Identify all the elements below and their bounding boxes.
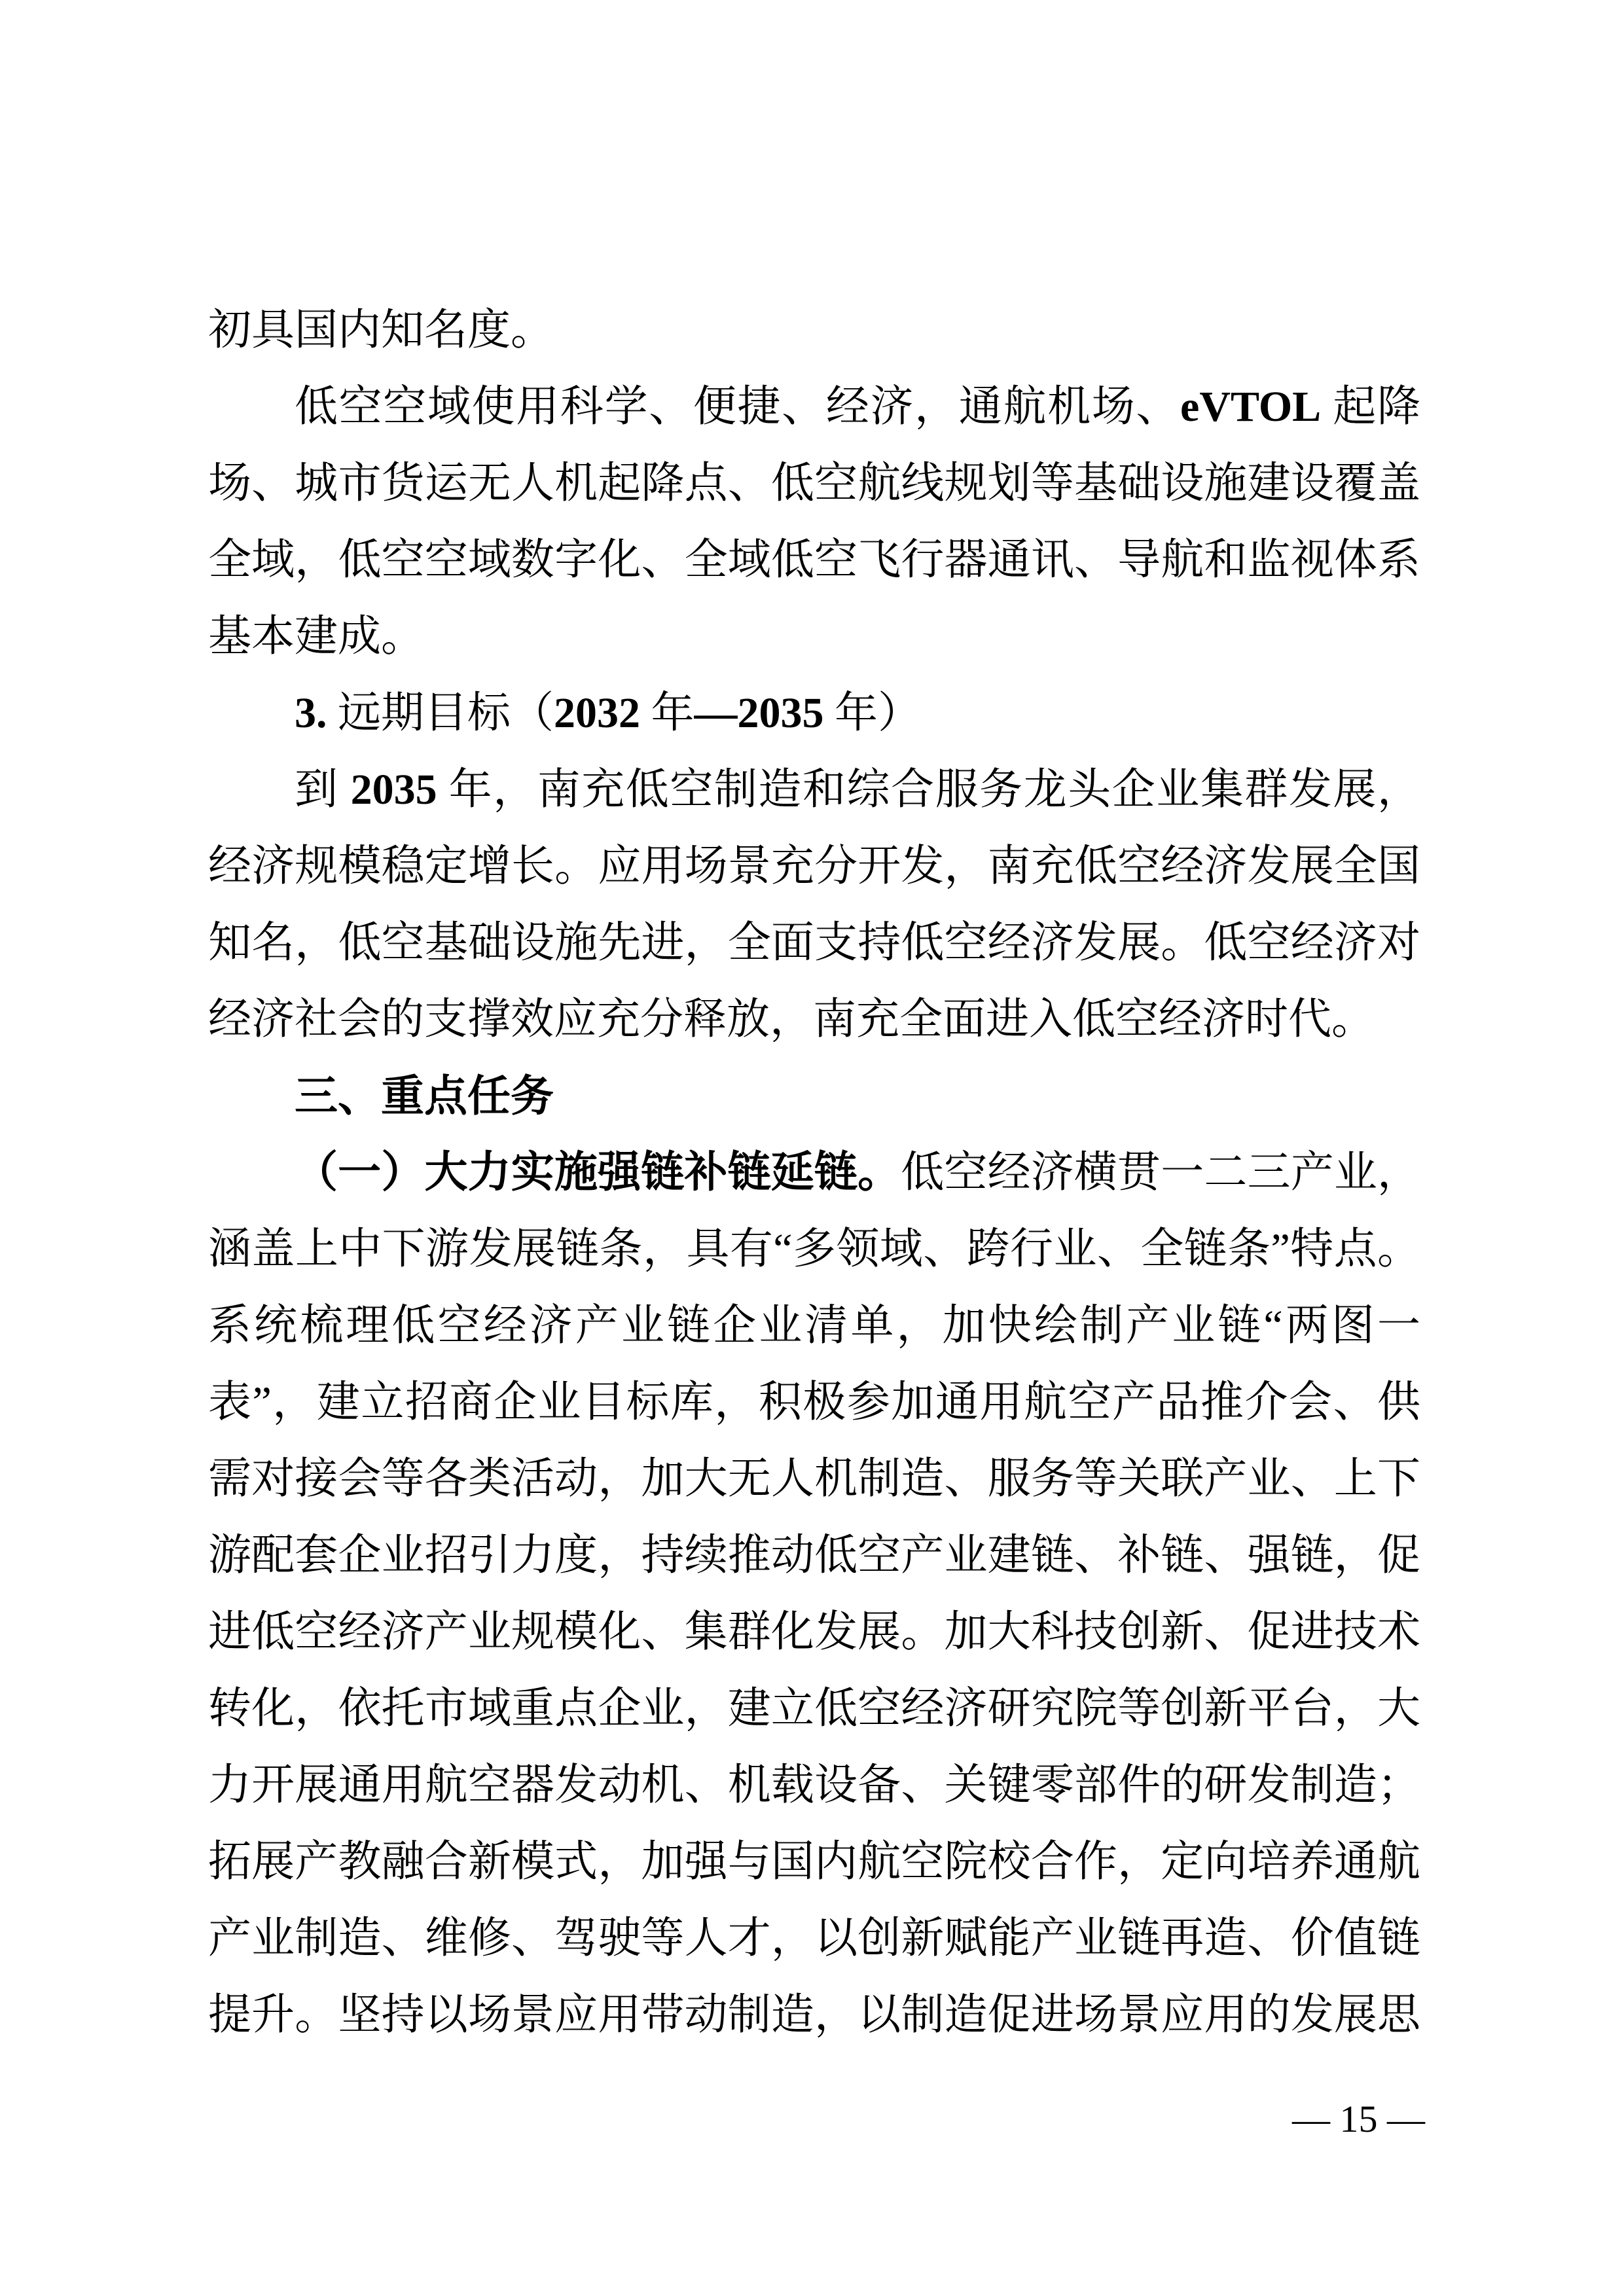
text-segment: 力开展通用航空器发动机、机载设备、关键零部件的研发制造；	[208, 1761, 1420, 1809]
text-line: 经济社会的支撑效应充分释放，南充全面进入低空经济时代。	[208, 981, 1420, 1058]
text-segment: 起降	[1321, 383, 1420, 431]
text-line: 涵盖上中下游发展链条，具有“多领域、跨行业、全链条”特点。	[208, 1211, 1420, 1287]
text-segment: 基本建成。	[208, 613, 424, 660]
text-line: 知名，低空基础设施先进，全面支持低空经济发展。低空经济对	[208, 905, 1420, 981]
text-segment-latin: 2035	[738, 689, 824, 737]
text-line: 拓展产教融合新模式，加强与国内航空院校合作，定向培养通航	[208, 1823, 1420, 1900]
section-heading: 三、重点任务	[208, 1058, 1420, 1134]
text-segment: 涵盖上中下游发展链条，具有“多领域、跨行业、全链条”特点。	[208, 1225, 1420, 1273]
text-line: 场、城市货运无人机起降点、低空航线规划等基础设施建设覆盖	[208, 445, 1420, 522]
text-segment: 低空空域使用科学、便捷、经济，通航机场、	[295, 383, 1180, 431]
text-segment: 表”，建立招商企业目标库，积极参加通用航空产品推介会、供	[208, 1378, 1420, 1426]
text-segment-latin: eVTOL	[1180, 383, 1321, 431]
text-segment: 游配套企业招引力度，持续推动低空产业建链、补链、强链，促	[208, 1532, 1420, 1579]
text-segment-latin: 3.	[295, 689, 338, 737]
text-line: 系统梳理低空经济产业链企业清单，加快绘制产业链“两图一	[208, 1287, 1420, 1364]
text-line: 全域，低空空域数字化、全域低空飞行器通讯、导航和监视体系	[208, 522, 1420, 598]
text-segment: 全域，低空空域数字化、全域低空飞行器通讯、导航和监视体系	[208, 536, 1420, 584]
text-line: 低空空域使用科学、便捷、经济，通航机场、eVTOL 起降	[208, 368, 1420, 445]
text-line: 力开展通用航空器发动机、机载设备、关键零部件的研发制造；	[208, 1747, 1420, 1823]
text-segment: 系统梳理低空经济产业链企业清单，加快绘制产业链“两图一	[208, 1302, 1420, 1350]
text-line: 初具国内知名度。	[208, 292, 1420, 368]
text-segment: 转化，依托市域重点企业，建立低空经济研究院等创新平台，大	[208, 1685, 1420, 1732]
text-segment: 提升。坚持以场景应用带动制造，以制造促进场景应用的发展思	[208, 1991, 1420, 2039]
text-line: 游配套企业招引力度，持续推动低空产业建链、补链、强链，促	[208, 1517, 1420, 1594]
text-segment: 需对接会等各类活动，加大无人机制造、服务等关联产业、上下	[208, 1455, 1420, 1503]
text-segment-lead: （一）大力实施强链补链延链。	[295, 1149, 901, 1196]
text-line: 经济规模稳定增长。应用场景充分开发，南充低空经济发展全国	[208, 828, 1420, 905]
page-number-text: — 15 —	[1292, 2098, 1425, 2140]
text-segment: 初具国内知名度。	[208, 306, 554, 354]
text-segment: 知名，低空基础设施先进，全面支持低空经济发展。低空经济对	[208, 919, 1420, 967]
text-line: 基本建成。	[208, 598, 1420, 675]
text-segment: 三、重点任务	[295, 1071, 554, 1120]
text-segment: 进低空经济产业规模化、集群化发展。加大科技创新、促进技术	[208, 1608, 1420, 1656]
text-line: 需对接会等各类活动，加大无人机制造、服务等关联产业、上下	[208, 1441, 1420, 1517]
text-segment: 经济社会的支撑效应充分释放，南充全面进入低空经济时代。	[208, 996, 1375, 1043]
text-segment: 年	[640, 689, 695, 737]
text-segment: 低空经济横贯一二三产业，	[901, 1149, 1420, 1196]
text-segment-latin: 2032	[554, 689, 640, 737]
text-line: 产业制造、维修、驾驶等人才，以创新赋能产业链再造、价值链	[208, 1900, 1420, 1977]
text-segment: 场、城市货运无人机起降点、低空航线规划等基础设施建设覆盖	[208, 459, 1420, 507]
text-segment: 经济规模稳定增长。应用场景充分开发，南充低空经济发展全国	[208, 842, 1420, 890]
document-page: 初具国内知名度。低空空域使用科学、便捷、经济，通航机场、eVTOL 起降场、城市…	[0, 0, 1624, 2296]
document-body: 初具国内知名度。低空空域使用科学、便捷、经济，通航机场、eVTOL 起降场、城市…	[208, 292, 1420, 2053]
text-segment: 远期目标（	[338, 689, 554, 737]
text-segment: 年，南充低空制造和综合服务龙头企业集群发展，	[437, 766, 1420, 814]
text-line: 转化，依托市域重点企业，建立低空经济研究院等创新平台，大	[208, 1670, 1420, 1747]
text-segment-latin: 2035	[351, 766, 437, 814]
text-segment: 到	[295, 766, 351, 814]
text-line: （一）大力实施强链补链延链。低空经济横贯一二三产业，	[208, 1134, 1420, 1211]
text-line: 表”，建立招商企业目标库，积极参加通用航空产品推介会、供	[208, 1364, 1420, 1441]
text-line: 3. 远期目标（2032 年—2035 年）	[208, 675, 1420, 751]
text-line: 到 2035 年，南充低空制造和综合服务龙头企业集群发展，	[208, 751, 1420, 828]
text-segment: 产业制造、维修、驾驶等人才，以创新赋能产业链再造、价值链	[208, 1914, 1420, 1962]
text-segment: 年）	[824, 689, 922, 737]
page-number: — 15 —	[1292, 2092, 1425, 2147]
text-line: 提升。坚持以场景应用带动制造，以制造促进场景应用的发展思	[208, 1977, 1420, 2053]
text-line: 进低空经济产业规模化、集群化发展。加大科技创新、促进技术	[208, 1594, 1420, 1670]
text-segment-latin: —	[695, 689, 738, 737]
text-segment: 拓展产教融合新模式，加强与国内航空院校合作，定向培养通航	[208, 1838, 1420, 1886]
